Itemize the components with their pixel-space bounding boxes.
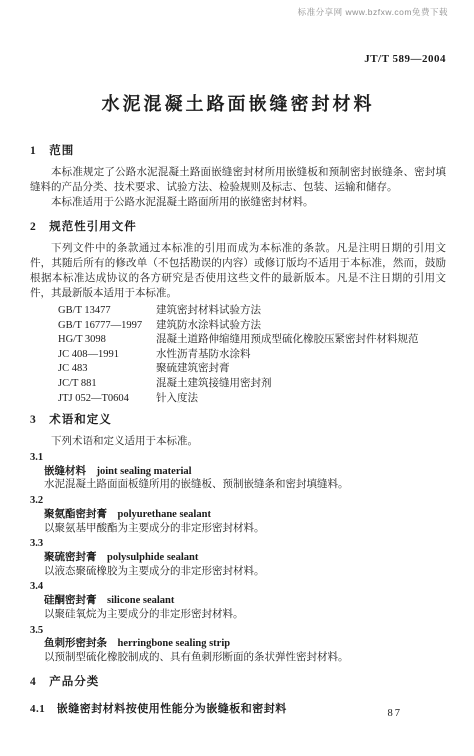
section-2-heading: 2 规范性引用文件 bbox=[30, 220, 446, 235]
term-definition: 以聚氨基甲酸酯为主要成分的非定形密封材料。 bbox=[44, 522, 446, 536]
term-number: 3.1 bbox=[30, 451, 446, 465]
term-name: 嵌缝材料 joint sealing material bbox=[44, 465, 446, 479]
section-1-paragraph-2: 本标准适用于公路水泥混凝土路面所用的嵌缝密封材料。 bbox=[30, 195, 446, 210]
document-content: JT/T 589—2004 水泥混凝土路面嵌缝密封材料 1 范围 本标准规定了公… bbox=[30, 52, 446, 717]
section-1-heading: 1 范围 bbox=[30, 144, 446, 159]
reference-row: JC/T 881 混凝土建筑接缝用密封剂 bbox=[58, 377, 446, 391]
reference-title: 建筑防水涂料试验方法 bbox=[156, 319, 446, 333]
term-number: 3.3 bbox=[30, 537, 446, 551]
reference-code: GB/T 13477 bbox=[58, 304, 156, 318]
reference-title: 聚硫建筑密封膏 bbox=[156, 362, 446, 376]
term-definition: 以聚硅氧烷为主要成分的非定形密封材料。 bbox=[44, 608, 446, 622]
term-name: 聚氨酯密封膏 polyurethane sealant bbox=[44, 508, 446, 522]
term-entry: 3.2 聚氨酯密封膏 polyurethane sealant 以聚氨基甲酸酯为… bbox=[30, 494, 446, 535]
term-entry: 3.1 嵌缝材料 joint sealing material 水泥混凝土路面面… bbox=[30, 451, 446, 492]
reference-code: GB/T 16777—1997 bbox=[58, 319, 156, 333]
reference-title: 混凝土建筑接缝用密封剂 bbox=[156, 377, 446, 391]
reference-code: JTJ 052—T0604 bbox=[58, 392, 156, 406]
section-1-paragraph-1: 本标准规定了公路水泥混凝土路面嵌缝密封材所用嵌缝板和预制密封嵌缝条、密封填缝料的… bbox=[30, 165, 446, 195]
term-entry: 3.5 鱼刺形密封条 herringbone sealing strip 以预制… bbox=[30, 624, 446, 665]
reference-title: 水性沥青基防水涂料 bbox=[156, 348, 446, 362]
reference-title: 针入度法 bbox=[156, 392, 446, 406]
reference-row: JC 483 聚硫建筑密封膏 bbox=[58, 362, 446, 376]
reference-code: JC 483 bbox=[58, 362, 156, 376]
terms-and-definitions: 3.1 嵌缝材料 joint sealing material 水泥混凝土路面面… bbox=[30, 451, 446, 664]
watermark-text: 标准分享网 www.bzfxw.com免费下载 bbox=[298, 5, 448, 20]
term-definition: 水泥混凝土路面面板缝所用的嵌缝板、预制嵌缝条和密封填缝料。 bbox=[44, 478, 446, 492]
section-4-1-heading: 4.1 嵌缝密封材料按使用性能分为嵌缝板和密封料 bbox=[30, 702, 446, 717]
normative-references-list: GB/T 13477 建筑密封材料试验方法 GB/T 16777—1997 建筑… bbox=[58, 304, 446, 405]
reference-row: JTJ 052—T0604 针入度法 bbox=[58, 392, 446, 406]
section-2-paragraph-1: 下列文件中的条款通过本标准的引用而成为本标准的条款。凡是注明日期的引用文件，其随… bbox=[30, 241, 446, 301]
term-definition: 以液态聚硫橡胶为主要成分的非定形密封材料。 bbox=[44, 565, 446, 579]
term-number: 3.4 bbox=[30, 580, 446, 594]
reference-title: 建筑密封材料试验方法 bbox=[156, 304, 446, 318]
term-name: 聚硫密封膏 polysulphide sealant bbox=[44, 551, 446, 565]
reference-code: JC/T 881 bbox=[58, 377, 156, 391]
term-name: 鱼刺形密封条 herringbone sealing strip bbox=[44, 637, 446, 651]
reference-title: 混凝土道路伸缩缝用预成型硫化橡胶压紧密封件材料规范 bbox=[156, 333, 446, 347]
term-name: 硅酮密封膏 silicone sealant bbox=[44, 594, 446, 608]
section-3-paragraph-1: 下列术语和定义适用于本标准。 bbox=[30, 434, 446, 449]
term-entry: 3.4 硅酮密封膏 silicone sealant 以聚硅氧烷为主要成分的非定… bbox=[30, 580, 446, 621]
standard-number: JT/T 589—2004 bbox=[30, 52, 446, 67]
document-page: 标准分享网 www.bzfxw.com免费下载 JT/T 589—2004 水泥… bbox=[0, 0, 474, 756]
document-title: 水泥混凝土路面嵌缝密封材料 bbox=[30, 97, 446, 112]
reference-code: HG/T 3098 bbox=[58, 333, 156, 347]
term-definition: 以预制型硫化橡胶制成的、具有鱼刺形断面的条状弹性密封材料。 bbox=[44, 651, 446, 665]
page-number: 87 bbox=[388, 706, 403, 721]
reference-row: JC 408—1991 水性沥青基防水涂料 bbox=[58, 348, 446, 362]
reference-code: JC 408—1991 bbox=[58, 348, 156, 362]
term-entry: 3.3 聚硫密封膏 polysulphide sealant 以液态聚硫橡胶为主… bbox=[30, 537, 446, 578]
section-3-heading: 3 术语和定义 bbox=[30, 413, 446, 428]
reference-row: GB/T 16777—1997 建筑防水涂料试验方法 bbox=[58, 319, 446, 333]
reference-row: HG/T 3098 混凝土道路伸缩缝用预成型硫化橡胶压紧密封件材料规范 bbox=[58, 333, 446, 347]
term-number: 3.2 bbox=[30, 494, 446, 508]
section-4-heading: 4 产品分类 bbox=[30, 675, 446, 690]
term-number: 3.5 bbox=[30, 624, 446, 638]
reference-row: GB/T 13477 建筑密封材料试验方法 bbox=[58, 304, 446, 318]
